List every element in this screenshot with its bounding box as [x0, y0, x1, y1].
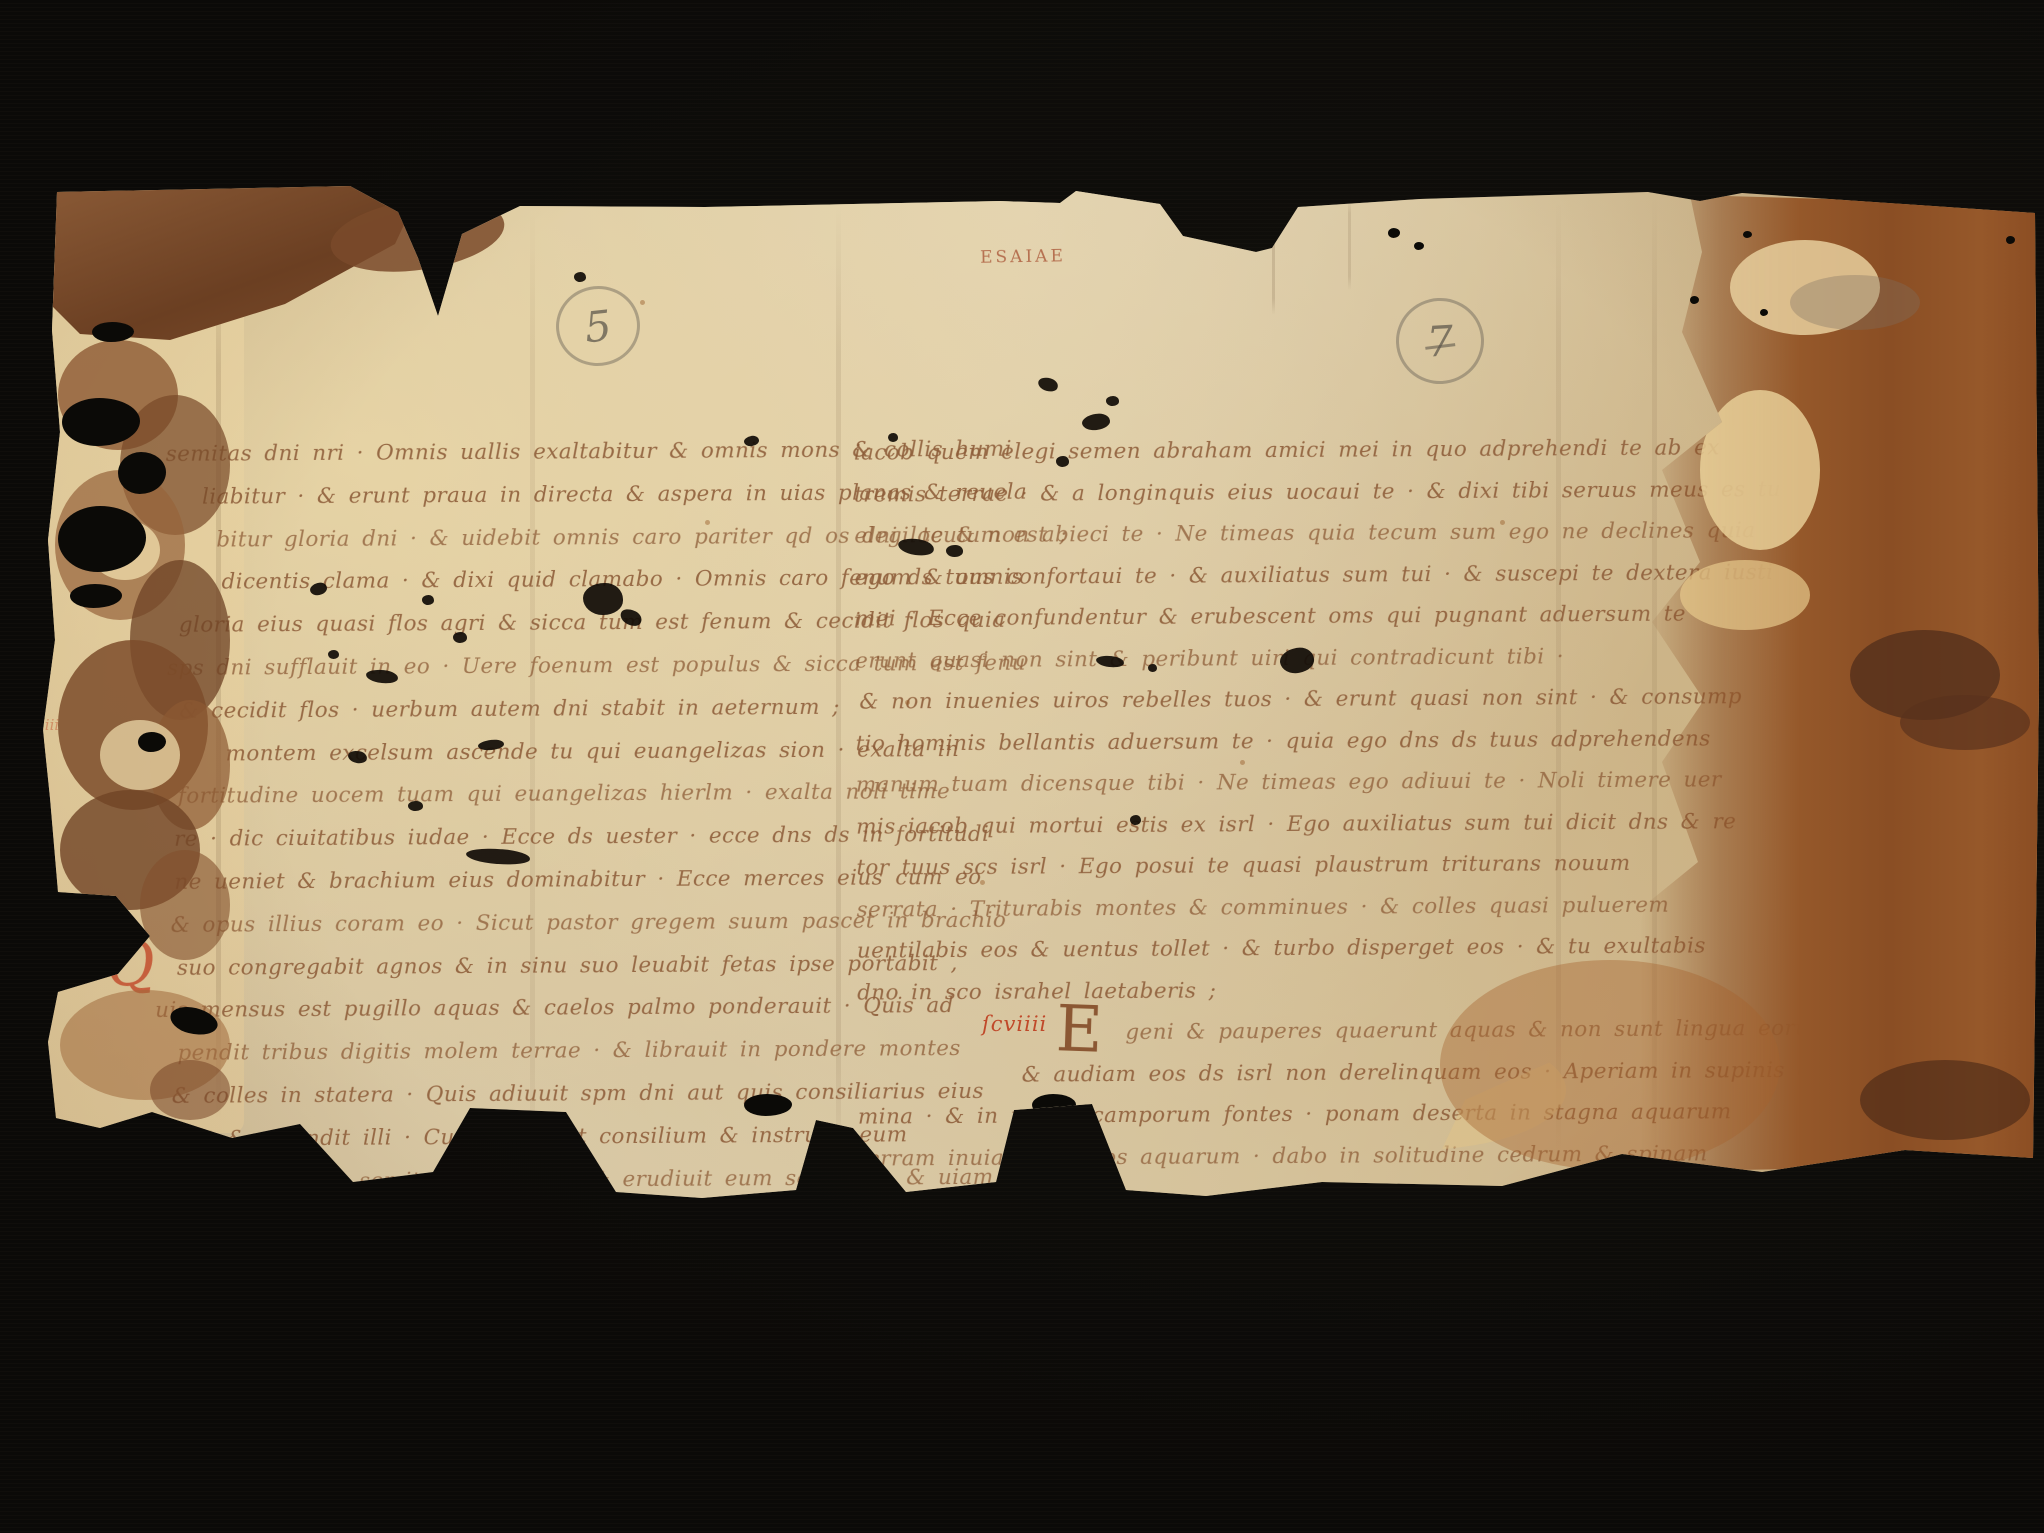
stain-patch	[1440, 960, 1780, 1170]
left-text-column: semitas dni nri · Omnis uallis exaltabit…	[166, 430, 771, 1204]
folio-number-left-value: 5	[582, 300, 614, 352]
manuscript-line: suo congregabit agnos & in sinu suo leua…	[169, 944, 769, 990]
manuscript-line: manum tuam dicensque tibi · Ne timeas eg…	[856, 759, 1706, 806]
manuscript-line: tio hominis bellantis aduersum te · quia…	[856, 718, 1706, 765]
foxing-speck	[980, 880, 985, 885]
foxing-speck	[1240, 760, 1245, 765]
foxing-speck	[905, 700, 910, 705]
manuscript-line: ego ds tuus confortaui te · & auxiliatus…	[854, 552, 1704, 599]
manuscript-line: bitur gloria dni · & uidebit omnis caro …	[166, 516, 766, 562]
manuscript-line: uis mensus est pugillo aquas & caelos pa…	[155, 987, 769, 1034]
stain-patch	[100, 720, 180, 790]
ink-blot	[1106, 396, 1119, 406]
stain-patch	[1860, 1060, 2030, 1140]
ink-blot	[1056, 456, 1069, 467]
manuscript-line: & non inuenies uiros rebelles tuos · & e…	[855, 676, 1705, 723]
stain-patch	[140, 850, 230, 960]
manuscript-line: liabitur · & erunt praua in directa & as…	[166, 473, 766, 519]
running-title: ESAIAE	[938, 246, 1108, 269]
manuscript-line: tremis terrae · & a longinquis eius uoca…	[854, 469, 1704, 516]
manuscript-line: fuit & ostendit illi · Cum quo iniit con…	[170, 1115, 770, 1161]
stain-patch	[1680, 560, 1810, 630]
manuscript-line: iacob quem elegi semen abraham amici mei…	[854, 427, 1704, 474]
ink-blot	[1148, 664, 1157, 672]
manuscript-line: elegi te & non abieci te · Ne timeas qui…	[854, 510, 1704, 557]
hole	[1032, 1094, 1076, 1116]
stain-patch	[1900, 695, 2030, 750]
fold-crease	[1272, 205, 1275, 315]
ink-blot	[1130, 815, 1141, 825]
manuscript-line: ne ueniet & brachium eius dominabitur · …	[168, 858, 768, 904]
manuscript-line: gloria eius quasi flos agri & sicca tum …	[167, 601, 767, 647]
foxing-speck	[705, 520, 710, 525]
parchment-fragment: ESAIAE 5 7 Q iiii ſcviiii E semitas dni …	[0, 0, 2044, 1533]
manuscript-line: serrata · Triturabis montes & comminues …	[857, 884, 1707, 931]
ink-blot	[422, 595, 434, 605]
stain-patch	[1790, 275, 1920, 330]
folio-number-right-value: 7	[1425, 316, 1454, 366]
manuscript-line: semitas dni nri · Omnis uallis exaltabit…	[166, 430, 766, 476]
manuscript-line: mis iacob qui mortui estis ex isrl · Ego…	[856, 801, 1706, 848]
manuscript-line: mei · Ecce confundentur & erubescent oms…	[855, 593, 1705, 640]
ink-blot	[408, 801, 423, 811]
manuscript-line: & opus illius coram eo · Sicut pastor gr…	[169, 901, 769, 947]
ink-blot	[888, 433, 898, 442]
manuscript-line: & docuit eum semitam iustitiae · & erudi…	[170, 1158, 770, 1204]
manuscript-line: montem excelsum ascende tu qui euangeliz…	[167, 730, 767, 776]
ink-blot	[574, 272, 586, 282]
foxing-speck	[640, 300, 645, 305]
manuscript-line: dicentis clama · & dixi quid clamabo · O…	[166, 559, 766, 605]
ink-blot	[946, 545, 963, 557]
ink-blot	[453, 632, 467, 643]
manuscript-line: fortitudine uocem tuam qui euangelizas h…	[168, 773, 768, 819]
fold-crease	[1348, 200, 1351, 290]
foxing-speck	[1500, 520, 1505, 525]
margin-chapter-numeral: iiii	[40, 716, 59, 734]
ink-blot	[583, 583, 623, 615]
manuscript-line: & colles in statera · Quis adiuuit spm d…	[170, 1072, 770, 1118]
manuscript-line: & cecidit flos · uerbum autem dni stabit…	[167, 687, 767, 733]
photo-stage: ESAIAE 5 7 Q iiii ſcviiii E semitas dni …	[0, 0, 2044, 1533]
ink-blot	[328, 650, 339, 659]
manuscript-line: pendit tribus digitis molem terrae · & l…	[169, 1029, 769, 1075]
manuscript-line: sps dni sufflauit in eo · Uere foenum es…	[167, 644, 767, 690]
stain-patch	[150, 1060, 230, 1120]
